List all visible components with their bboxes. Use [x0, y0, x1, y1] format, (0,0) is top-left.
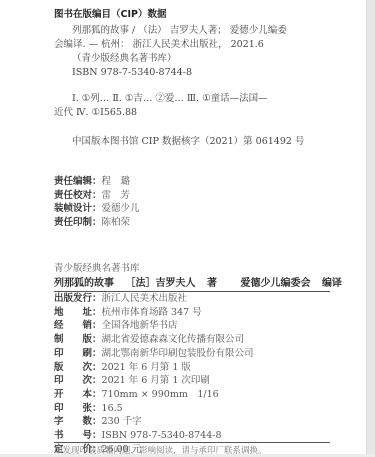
credit-value: 爱德少儿	[102, 203, 140, 214]
colophon-row: 经 销：全国各地新华书店	[54, 319, 254, 333]
credit-label: 责任校对：	[54, 190, 102, 201]
colophon-label: 书 号	[54, 429, 92, 443]
cip-classification: 近代 Ⅳ. ①I565.88	[54, 106, 334, 120]
cip-line: 列那狐的故事 / （法） 吉罗夫人著； 爱德少儿编委	[54, 24, 334, 38]
colophon-value: 湖北鄂南新华印刷包装股份有限公司	[102, 347, 254, 361]
colophon-label: 印 刷	[54, 347, 92, 361]
colophon-value: 230 千字	[102, 415, 142, 429]
credit-value: 程 璐	[102, 176, 131, 187]
credit-value: 陈柏荣	[102, 217, 131, 228]
colophon-label: 开 本	[54, 388, 92, 402]
cip-classification: Ⅰ. ①列… Ⅱ. ①吉… ②爱… Ⅲ. ①童话—法国—	[54, 92, 334, 106]
author: ［法］吉罗夫人	[125, 278, 195, 289]
author-role: 著	[207, 278, 217, 289]
credits-block: 责任编辑：程 璐 责任校对：雷 芳 装帧设计：爱德少儿 责任印制：陈柏荣	[54, 175, 140, 229]
colophon-row: 书 号：ISBN 978-7-5340-8744-8	[54, 429, 254, 443]
credit-row: 责任校对：雷 芳	[54, 189, 140, 203]
colophon-row: 开 本：710mm × 990mm 1/16	[54, 388, 254, 402]
cip-number: 中国版本图书馆 CIP 数据核字（2021）第 061492 号	[72, 133, 304, 147]
credit-label: 责任编辑：	[54, 176, 102, 187]
translator-role: 编译	[322, 278, 342, 289]
colophon-value: 杭州市体育场路 347 号	[102, 306, 202, 320]
colophon-value: 全国各地新华书店	[102, 319, 178, 333]
colophon-row: 出版发行：浙江人民美术出版社	[54, 292, 254, 306]
cip-title: 图书在版编目（CIP）数据	[54, 8, 334, 22]
copyright-page: 图书在版编目（CIP）数据 列那狐的故事 / （法） 吉罗夫人著； 爱德少儿编委…	[0, 0, 367, 457]
colophon-row: 地 址：杭州市体育场路 347 号	[54, 306, 254, 320]
colophon-label: 印 次	[54, 374, 92, 388]
colophon-value: 16.5	[102, 402, 123, 416]
credit-row: 装帧设计：爱德少儿	[54, 202, 140, 216]
credit-label: 装帧设计：	[54, 203, 102, 214]
book-title: 列那狐的故事	[54, 278, 114, 289]
credit-row: 责任编辑：程 璐	[54, 175, 140, 189]
colophon-label: 经 销	[54, 319, 92, 333]
colophon-label: 出版发行	[54, 292, 92, 306]
translator: 爱德少儿编委会	[240, 278, 310, 289]
colophon-row: 制 版：湖北省爱德森森文化传播有限公司	[54, 333, 254, 347]
colophon-row: 版 次：2021 年 6 月第 1 版	[54, 361, 254, 375]
colophon-label: 制 版	[54, 333, 92, 347]
credit-label: 责任印制：	[54, 217, 102, 228]
colophon-label: 版 次	[54, 361, 92, 375]
colophon-value: 2021 年 6 月第 1 版	[102, 361, 191, 375]
colophon-value: ISBN 978-7-5340-8744-8	[102, 429, 222, 443]
credit-row: 责任印制：陈柏荣	[54, 216, 140, 230]
colophon-value: 湖北省爱德森森文化传播有限公司	[102, 333, 245, 347]
page-edge-scrollbar[interactable]	[366, 0, 375, 457]
cip-line: 会编译. — 杭州： 浙江人民美术出版社， 2021.6	[54, 38, 334, 52]
cip-block: 图书在版编目（CIP）数据 列那狐的故事 / （法） 吉罗夫人著； 爱德少儿编委…	[54, 8, 334, 120]
colophon-block: 出版发行：浙江人民美术出版社 地 址：杭州市体育场路 347 号 经 销：全国各…	[54, 292, 254, 456]
colophon-row: 印 次：2021 年 6 月第 1 次印刷	[54, 374, 254, 388]
colophon-row: 字 数：230 千字	[54, 415, 254, 429]
series-name: 青少版经典名著书库	[54, 260, 140, 274]
credit-value: 雷 芳	[102, 190, 131, 201]
colophon-label: 地 址	[54, 306, 92, 320]
colophon-row: 印 刷：湖北鄂南新华印刷包装股份有限公司	[54, 347, 254, 361]
title-band: 列那狐的故事 ［法］吉罗夫人 著 爱德少儿编委会 编译	[54, 274, 330, 292]
colophon-row: 印 张：16.5	[54, 402, 254, 416]
colophon-value: 2021 年 6 月第 1 次印刷	[102, 374, 210, 388]
colophon-label: 字 数	[54, 415, 92, 429]
colophon-value: 710mm × 990mm 1/16	[102, 388, 219, 402]
colophon-value: 浙江人民美术出版社	[102, 292, 188, 306]
cip-line: （青少版经典名著书库）	[54, 52, 334, 66]
colophon-label: 印 张	[54, 402, 92, 416]
cip-line: ISBN 978-7-5340-8744-8	[54, 66, 334, 80]
